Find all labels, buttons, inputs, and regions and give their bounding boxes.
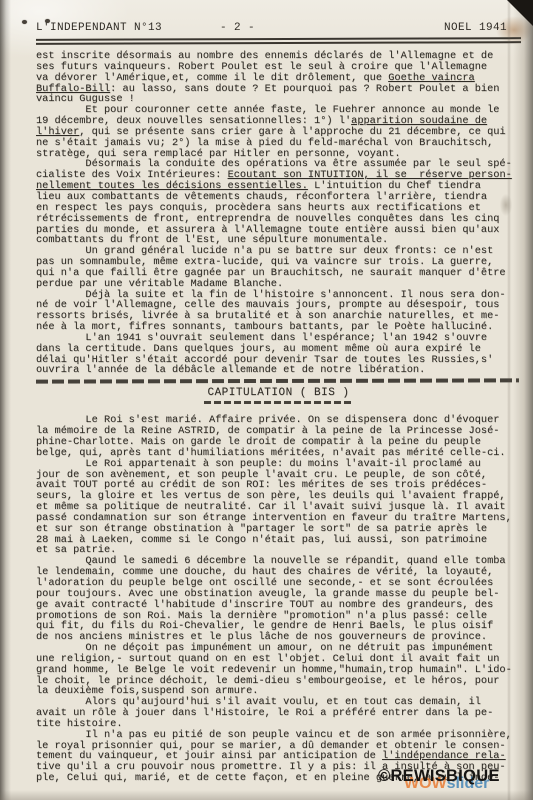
watermark-text: ©REWISBIQUE	[378, 767, 500, 786]
section-heading-underline	[204, 401, 354, 404]
page-number: - 2 -	[220, 22, 255, 34]
header-rule	[36, 37, 521, 45]
folded-corner	[507, 0, 533, 26]
page-header: L'INDEPENDANT N°13 - 2 - NOEL 1941	[36, 22, 521, 34]
text-line: ouvrira l'année de la débâcle allemande …	[36, 365, 521, 376]
article-section-1: est inscrite désormais au nombre des enn…	[36, 51, 521, 376]
section-separator	[36, 379, 519, 384]
scan-edge-right	[513, 0, 533, 800]
scan-edge-left	[0, 0, 11, 800]
watermark: WOWslider ©REWISBIQUE	[378, 767, 528, 793]
scanned-page: L'INDEPENDANT N°13 - 2 - NOEL 1941 est i…	[0, 0, 533, 800]
section-heading: CAPITULATION ( BIS )	[36, 387, 521, 399]
newspaper-title: L'INDEPENDANT N°13	[36, 22, 162, 34]
issue-date: NOEL 1941	[444, 22, 507, 34]
paper-crease	[507, 0, 511, 800]
article-section-2: Le Roi s'est marié. Affaire privée. On s…	[36, 415, 521, 784]
ink-spot	[22, 20, 27, 24]
ink-spot	[45, 19, 50, 23]
